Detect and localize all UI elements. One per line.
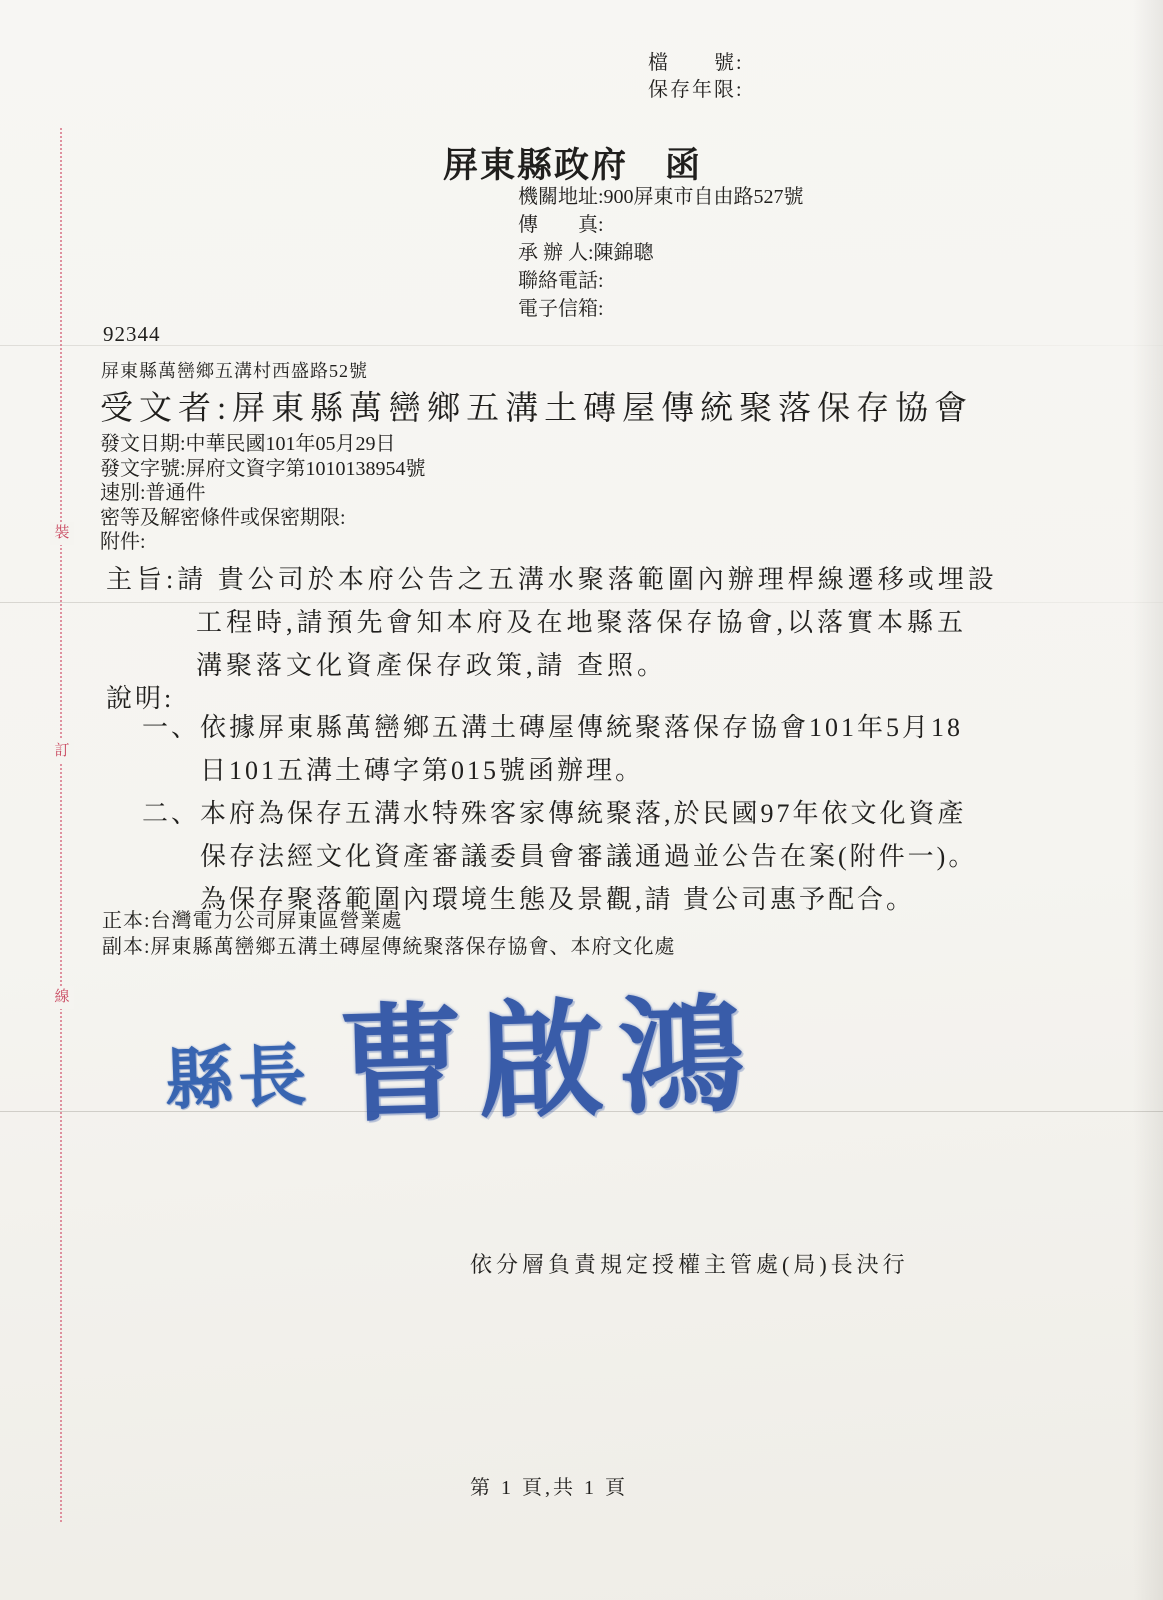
security-class: 密等及解密條件或保密期限: [100, 506, 426, 531]
agency-address: 機關地址:900屏東市自由路527號 [518, 183, 804, 211]
agency-fax: 傳 真: [518, 211, 804, 239]
document-meta-block: 發文日期:中華民國101年05月29日 發文字號:屏府文資字第101013895… [100, 432, 426, 555]
scanned-official-letter: 裝 訂 線 檔 號: 保存年限: 屏東縣政府 函 機關地址:900屏東市自由路5… [0, 0, 1163, 1600]
agency-email: 電子信箱: [518, 295, 804, 323]
item-line: 二、本府為保存五溝水特殊客家傳統聚落,於民國97年依文化資產 [142, 792, 977, 835]
recipient-line: 受文者:屏東縣萬巒鄉五溝土磚屋傳統聚落保存協會 [100, 382, 973, 429]
magistrate-signature-stamp: 曹啟鴻 [336, 955, 761, 1147]
copies-block: 正本:台灣電力公司屏東區營業處 副本:屏東縣萬巒鄉五溝土磚屋傳統聚落保存協會、本… [102, 908, 676, 960]
paper-crease [0, 345, 1163, 346]
scan-edge-shadow [1133, 0, 1163, 1600]
document-title: 屏東縣政府 函 [443, 138, 702, 188]
binding-mark-xian: 線 [50, 986, 74, 1009]
agency-contact-block: 機關地址:900屏東市自由路527號 傳 真: 承 辦 人:陳錦聰 聯絡電話: … [518, 183, 804, 323]
subject-block: 主旨:請 貴公司於本府公告之五溝水聚落範圍內辦理桿線遷移或埋設 工程時,請預先會… [106, 558, 998, 687]
retention-period-label: 保存年限: [648, 77, 744, 104]
explanation-item-2: 二、本府為保存五溝水特殊客家傳統聚落,於民國97年依文化資產 保存法經文化資產審… [142, 792, 977, 921]
issue-number: 發文字號:屏府文資字第1010138954號 [100, 457, 426, 482]
page-number: 第 1 頁,共 1 頁 [470, 1471, 628, 1500]
subject-line: 溝聚落文化資產保存政策,請 查照。 [106, 644, 998, 687]
file-classification-block: 檔 號: 保存年限: [648, 50, 744, 104]
binding-mark-zhuang: 裝 [50, 522, 74, 545]
issue-date: 發文日期:中華民國101年05月29日 [100, 432, 426, 457]
original-recipient: 正本:台灣電力公司屏東區營業處 [102, 908, 676, 934]
delegation-note: 依分層負責規定授權主管處(局)長決行 [470, 1248, 909, 1279]
agency-contact-person: 承 辦 人:陳錦聰 [518, 239, 804, 267]
item-line: 一、依據屏東縣萬巒鄉五溝土磚屋傳統聚落保存協會101年5月18 [142, 706, 963, 749]
magistrate-title-stamp: 縣長 [163, 1021, 312, 1123]
speed-class: 速別:普通件 [100, 481, 426, 506]
explanation-item-1: 一、依據屏東縣萬巒鄉五溝土磚屋傳統聚落保存協會101年5月18 日101五溝土磚… [142, 706, 963, 792]
subject-line: 工程時,請預先會知本府及在地聚落保存協會,以落實本縣五 [106, 601, 998, 644]
item-line: 日101五溝土磚字第015號函辦理。 [142, 749, 963, 792]
recipient-address: 屏東縣萬巒鄉五溝村西盛路52號 [101, 357, 368, 383]
subject-line: 主旨:請 貴公司於本府公告之五溝水聚落範圍內辦理桿線遷移或埋設 [106, 558, 998, 601]
binding-mark-ding: 訂 [50, 740, 74, 763]
attachment-label: 附件: [100, 530, 426, 555]
item-line: 保存法經文化資產審議委員會審議通過並公告在案(附件一)。 [142, 835, 977, 878]
file-number-label: 檔 號: [648, 50, 744, 77]
recipient-postal-code: 92344 [103, 322, 161, 347]
binding-dotted-line [60, 128, 62, 1522]
cc-recipients: 副本:屏東縣萬巒鄉五溝土磚屋傳統聚落保存協會、本府文化處 [102, 934, 676, 960]
agency-phone: 聯絡電話: [518, 267, 804, 295]
